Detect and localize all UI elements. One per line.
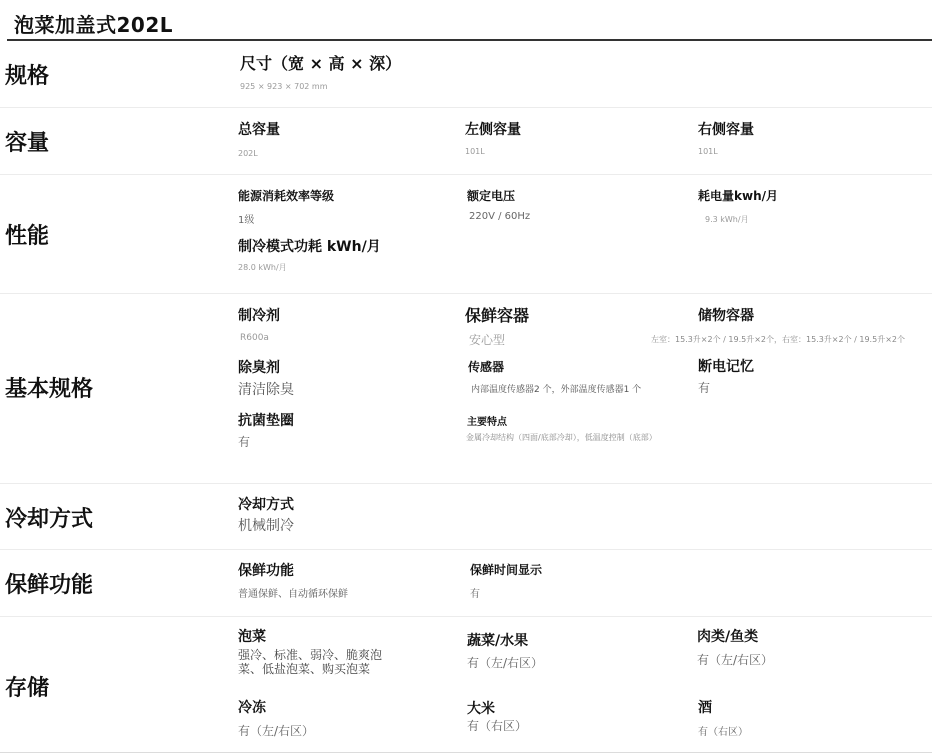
item-value: 普通保鲜、自动循环保鲜 bbox=[238, 585, 348, 600]
item-value: 强冷、标准、弱冷、脆爽泡菜、低盐泡菜、购买泡菜 bbox=[238, 648, 388, 676]
spec-item-dimensions: 尺寸（宽 × 高 × 深） 925 × 923 × 702 mm bbox=[240, 51, 401, 91]
spec-item-fresh-function: 保鲜功能 普通保鲜、自动循环保鲜 bbox=[238, 560, 348, 600]
item-key: 传感器 bbox=[468, 358, 641, 375]
section-label-storage: 存储 bbox=[5, 671, 49, 702]
spec-item-refrigerant: 制冷剂 R600a bbox=[238, 305, 280, 343]
item-key: 肉类/鱼类 bbox=[697, 626, 773, 646]
item-key: 制冷剂 bbox=[238, 305, 280, 325]
section-freshness: 保鲜功能 保鲜功能 普通保鲜、自动循环保鲜 保鲜时间显示 有 bbox=[0, 550, 932, 617]
spec-item-kimchi: 泡菜 强冷、标准、弱冷、脆爽泡菜、低盐泡菜、购买泡菜 bbox=[238, 626, 388, 676]
spec-item-rice: 大米 有（右区） bbox=[467, 698, 527, 734]
item-key: 总容量 bbox=[238, 119, 280, 139]
spec-item-storage-container: 储物容器 bbox=[698, 305, 754, 325]
item-key: 酒 bbox=[698, 697, 748, 717]
spec-item-rated-voltage: 额定电压 220V / 60Hz bbox=[467, 187, 530, 222]
section-spec: 规格 尺寸（宽 × 高 × 深） 925 × 923 × 702 mm bbox=[0, 41, 932, 108]
item-value: 左室：15.3升×2个 / 19.5升×2个，右室：15.3升×2个 / 19.… bbox=[651, 334, 905, 345]
section-performance: 性能 能源消耗效率等级 1级 额定电压 220V / 60Hz 耗电量kwh/月… bbox=[0, 175, 932, 294]
spec-item-key-features: 主要特点 金属冷却结构（四面/底部冷却），低温度控制（底部） bbox=[467, 413, 657, 443]
spec-item-antibacterial-gasket: 抗菌垫圈 有 bbox=[238, 410, 294, 450]
section-label-performance: 性能 bbox=[5, 219, 49, 250]
item-value: 有（左/右区） bbox=[697, 651, 773, 668]
item-key: 抗菌垫圈 bbox=[238, 410, 294, 430]
item-key: 保鲜时间显示 bbox=[470, 561, 542, 578]
item-value: 925 × 923 × 702 mm bbox=[240, 82, 401, 91]
item-key: 蔬菜/水果 bbox=[467, 630, 543, 650]
item-value: R600a bbox=[238, 333, 280, 343]
item-value: 安心型 bbox=[465, 331, 529, 348]
spec-item-cooling-method: 冷却方式 机械制冷 bbox=[238, 494, 294, 535]
section-capacity: 容量 总容量 202L 左侧容量 101L 右侧容量 101L bbox=[0, 108, 932, 175]
item-value: 28.0 kWh/月 bbox=[238, 262, 381, 273]
item-value: 有 bbox=[698, 379, 754, 396]
spec-item-sensor: 传感器 内部温度传感器2 个，外部温度传感器1 个 bbox=[468, 358, 641, 395]
spec-item-power-consumption: 耗电量kwh/月 9.3 kWh/月 bbox=[698, 187, 778, 225]
item-value: 有（左/右区） bbox=[238, 722, 314, 739]
item-value: 清洁除臭 bbox=[238, 379, 294, 399]
item-key: 右侧容量 bbox=[698, 119, 754, 139]
spec-item-liquor: 酒 有（右区） bbox=[698, 697, 748, 738]
item-key: 泡菜 bbox=[238, 626, 388, 646]
spec-item-right-capacity: 右侧容量 101L bbox=[698, 119, 754, 156]
spec-item-meat-fish: 肉类/鱼类 有（左/右区） bbox=[697, 626, 773, 668]
spec-page: 泡菜加盖式202L 规格 尺寸（宽 × 高 × 深） 925 × 923 × 7… bbox=[0, 0, 937, 754]
item-value: 1级 bbox=[238, 211, 334, 226]
item-key: 尺寸（宽 × 高 × 深） bbox=[240, 51, 401, 74]
item-key: 保鲜功能 bbox=[238, 560, 348, 580]
item-key: 主要特点 bbox=[467, 413, 657, 428]
section-storage: 存储 泡菜 强冷、标准、弱冷、脆爽泡菜、低盐泡菜、购买泡菜 蔬菜/水果 有（左/… bbox=[0, 617, 932, 753]
item-value: 有（右区） bbox=[698, 723, 748, 738]
section-label-cooling: 冷却方式 bbox=[5, 502, 93, 533]
item-value: 有 bbox=[238, 433, 294, 450]
item-value: 有（左/右区） bbox=[467, 654, 543, 671]
item-key: 制冷模式功耗 kWh/月 bbox=[238, 236, 381, 256]
spec-item-total-capacity: 总容量 202L bbox=[238, 119, 280, 158]
section-label-freshness: 保鲜功能 bbox=[5, 568, 93, 599]
spec-item-deodorizer: 除臭剂 清洁除臭 bbox=[238, 357, 294, 399]
page-title: 泡菜加盖式202L bbox=[14, 9, 173, 38]
spec-item-fresh-time-display: 保鲜时间显示 有 bbox=[470, 561, 542, 600]
item-key: 能源消耗效率等级 bbox=[238, 187, 334, 204]
item-value: 202L bbox=[238, 149, 280, 158]
item-key: 保鲜容器 bbox=[465, 303, 529, 326]
spec-item-power-memory: 断电记忆 有 bbox=[698, 356, 754, 396]
spec-item-energy-grade: 能源消耗效率等级 1级 bbox=[238, 187, 334, 226]
item-key: 左侧容量 bbox=[465, 119, 521, 139]
item-key: 储物容器 bbox=[698, 305, 754, 325]
item-key: 冷却方式 bbox=[238, 494, 294, 514]
item-key: 除臭剂 bbox=[238, 357, 294, 377]
spec-item-storage-container-value: 左室：15.3升×2个 / 19.5升×2个，右室：15.3升×2个 / 19.… bbox=[651, 334, 905, 345]
spec-item-cooling-mode-power: 制冷模式功耗 kWh/月 28.0 kWh/月 bbox=[238, 236, 381, 273]
section-label-basic: 基本规格 bbox=[5, 372, 93, 403]
section-basic: 基本规格 制冷剂 R600a 保鲜容器 安心型 储物容器 左室：15.3升×2个… bbox=[0, 294, 932, 484]
spec-item-freeze: 冷冻 有（左/右区） bbox=[238, 697, 314, 739]
spec-item-left-capacity: 左侧容量 101L bbox=[465, 119, 521, 156]
item-value: 机械制冷 bbox=[238, 515, 294, 535]
item-value: 金属冷却结构（四面/底部冷却），低温度控制（底部） bbox=[466, 432, 657, 443]
item-value: 9.3 kWh/月 bbox=[698, 214, 778, 225]
item-value: 有（右区） bbox=[467, 717, 527, 734]
spec-item-vegetable-fruit: 蔬菜/水果 有（左/右区） bbox=[467, 630, 543, 671]
item-value: 内部温度传感器2 个，外部温度传感器1 个 bbox=[468, 382, 641, 395]
item-key: 额定电压 bbox=[467, 187, 530, 204]
item-key: 耗电量kwh/月 bbox=[698, 187, 778, 204]
item-value: 220V / 60Hz bbox=[467, 211, 530, 222]
item-value: 有 bbox=[470, 585, 542, 600]
item-key: 断电记忆 bbox=[698, 356, 754, 376]
item-value: 101L bbox=[465, 147, 521, 156]
spec-item-fresh-container: 保鲜容器 安心型 bbox=[465, 303, 529, 348]
item-value: 101L bbox=[698, 147, 754, 156]
item-key: 大米 bbox=[467, 698, 527, 718]
section-label-capacity: 容量 bbox=[5, 126, 49, 157]
section-label-spec: 规格 bbox=[5, 59, 49, 90]
item-key: 冷冻 bbox=[238, 697, 314, 717]
section-cooling: 冷却方式 冷却方式 机械制冷 bbox=[0, 484, 932, 550]
